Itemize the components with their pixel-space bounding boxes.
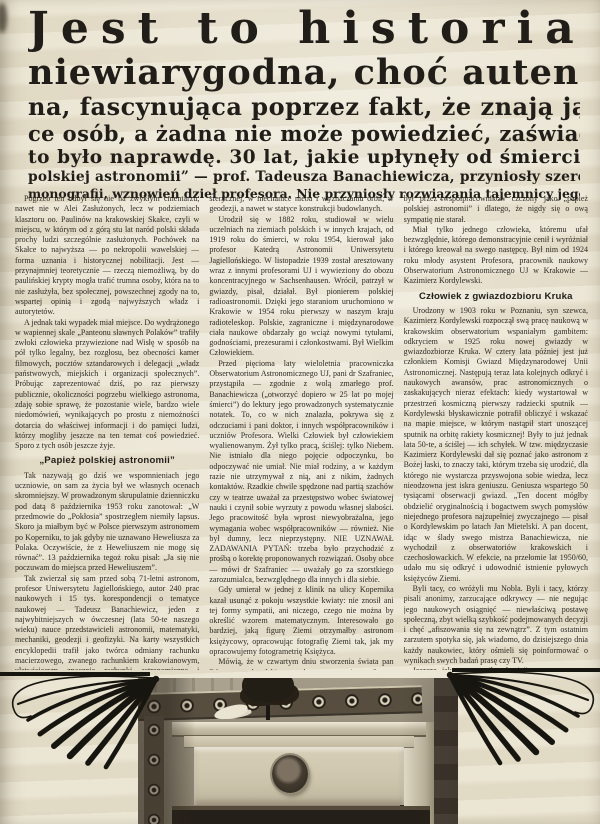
headline-line-1: Jest to historia — [28, 5, 580, 53]
magazine-page: Jest to historia niewiarygodna, choć aut… — [0, 0, 600, 824]
paragraph: Mówią, że w czwartym dniu stworzenia świ… — [209, 657, 393, 670]
subheading-papiez-polskiej-astronomii: „Papież polskiej astronomii” — [15, 456, 199, 466]
flourish-right-icon — [444, 670, 600, 766]
paragraph: Urodził się w 1882 roku, studiował w wie… — [209, 215, 393, 359]
paragraph: Gdy umierał w jednej z klinik na ulicy K… — [209, 585, 393, 657]
paragraph: A jednak taki wypadek miał miejsce. Do w… — [15, 318, 199, 452]
paragraph: Przed pięcioma laty wieloletnia pracowni… — [209, 359, 393, 586]
paragraph-continued: był przez współpracowników czczony jako … — [404, 194, 588, 225]
scan-smudge — [0, 3, 7, 33]
paragraph: Miał tylko jednego człowieka, któremu uf… — [404, 225, 588, 287]
flourish-left-icon — [4, 674, 162, 770]
headline-line-5: to było naprawdę. 30 lat, jakie upłynęły… — [28, 146, 580, 169]
paragraph: Tak zwierzał się sam przed sobą 71-letni… — [15, 574, 199, 670]
column-1: Pogrzeb ten odbył się nie na zwykłym cme… — [15, 194, 199, 670]
headline: Jest to historia niewiarygodna, choć aut… — [28, 5, 580, 201]
paragraph: Tak nazywają go dziś we wspomnieniach je… — [15, 471, 199, 574]
article-body: Pogrzeb ten odbył się nie na zwykłym cme… — [15, 194, 588, 670]
paragraph: Byli tacy, co wróżyli mu Nobla. Byli i t… — [404, 584, 588, 666]
headline-line-2: niewiarygodna, choć autentycz- — [28, 53, 580, 92]
headline-line-6: polskiej astronomii” — prof. Tadeusza Ba… — [28, 169, 580, 186]
photo-shading — [138, 678, 458, 824]
column-2: sferycznej, w mechanice nieba i wyznacza… — [209, 194, 393, 670]
paragraph: Urodzony w 1903 roku w Poznaniu, syn sze… — [404, 306, 588, 584]
paragraph-continued: sferycznej, w mechanice nieba i wyznacza… — [209, 194, 393, 215]
paragraph: Pogrzeb ten odbył się nie na zwykłym cme… — [15, 194, 199, 318]
column-3: był przez współpracowników czczony jako … — [404, 194, 588, 670]
subheading-czlowiek-z-gwiazdozbioru-kruka: Człowiek z gwiazdozbioru Kruka — [404, 292, 588, 302]
headline-line-3: na, fascynująca poprzez fakt, że znają j… — [28, 92, 580, 121]
headline-line-4: ce osób, a żadna nie może powiedzieć, za… — [28, 121, 580, 146]
tomb-photo — [138, 678, 458, 824]
